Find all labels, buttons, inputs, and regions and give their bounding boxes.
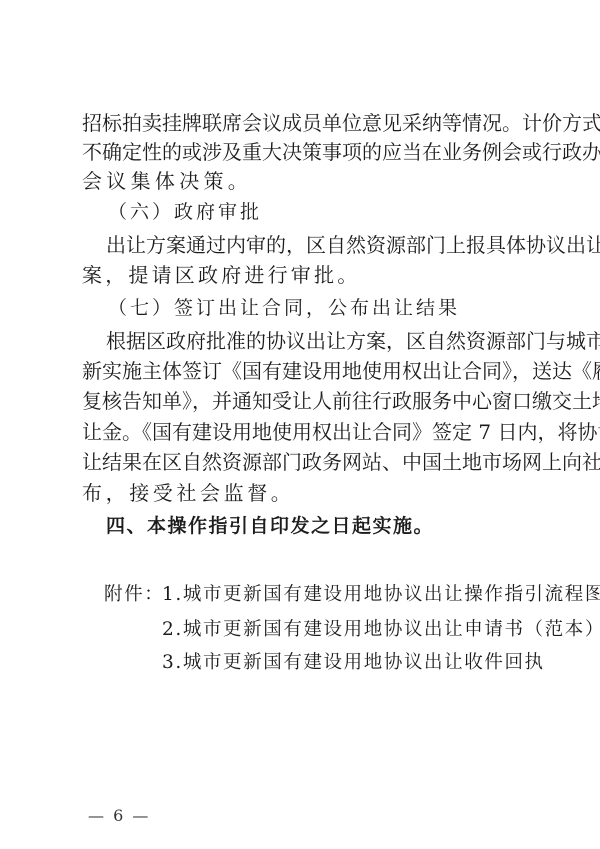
section-heading-6: （六）政府审批 <box>108 200 552 224</box>
paragraph-line: 出让方案通过内审的，区自然资源部门上报具体协议出让方 <box>106 233 526 257</box>
paragraph-line: 布，接受社会监督。 <box>82 481 526 505</box>
attachment-item-1: 1.城市更新国有建设用地协议出让操作指引流程图 <box>162 583 600 607</box>
attachment-item-3: 3.城市更新国有建设用地协议出让收件回执 <box>162 651 600 675</box>
paragraph-line: 复核告知单》，并通知受让人前往行政服务中心窗口缴交土地出 <box>82 389 526 413</box>
paragraph-line: 会议集体决策。 <box>82 169 526 193</box>
paragraph-line: 案，提请区政府进行审批。 <box>82 263 526 287</box>
paragraph-line: 招标拍卖挂牌联席会议成员单位意见采纳等情况。计价方式存在 <box>82 111 526 135</box>
paragraph-line: 让金。《国有建设用地使用权出让合同》签定 7 日内，将协议出 <box>82 420 526 444</box>
page-number: — 6 — <box>88 806 150 825</box>
paragraph-line: 不确定性的或涉及重大决策事项的应当在业务例会或行政办公 <box>82 140 526 164</box>
section-heading-4: 四、本操作指引自印发之日起实施。 <box>106 514 550 538</box>
paragraph-line: 新实施主体签订《国有建设用地使用权出让合同》，送达《履约 <box>82 359 526 383</box>
paragraph-line: 让结果在区自然资源部门政务网站、中国土地市场网上向社会公 <box>82 450 526 474</box>
section-heading-7: （七）签订出让合同，公布出让结果 <box>108 296 552 320</box>
document-page: 招标拍卖挂牌联席会议成员单位意见采纳等情况。计价方式存在 不确定性的或涉及重大决… <box>0 0 600 849</box>
attachment-item-2: 2.城市更新国有建设用地协议出让申请书（范本） <box>162 618 600 642</box>
paragraph-line: 根据区政府批准的协议出让方案，区自然资源部门与城市更 <box>106 329 526 353</box>
